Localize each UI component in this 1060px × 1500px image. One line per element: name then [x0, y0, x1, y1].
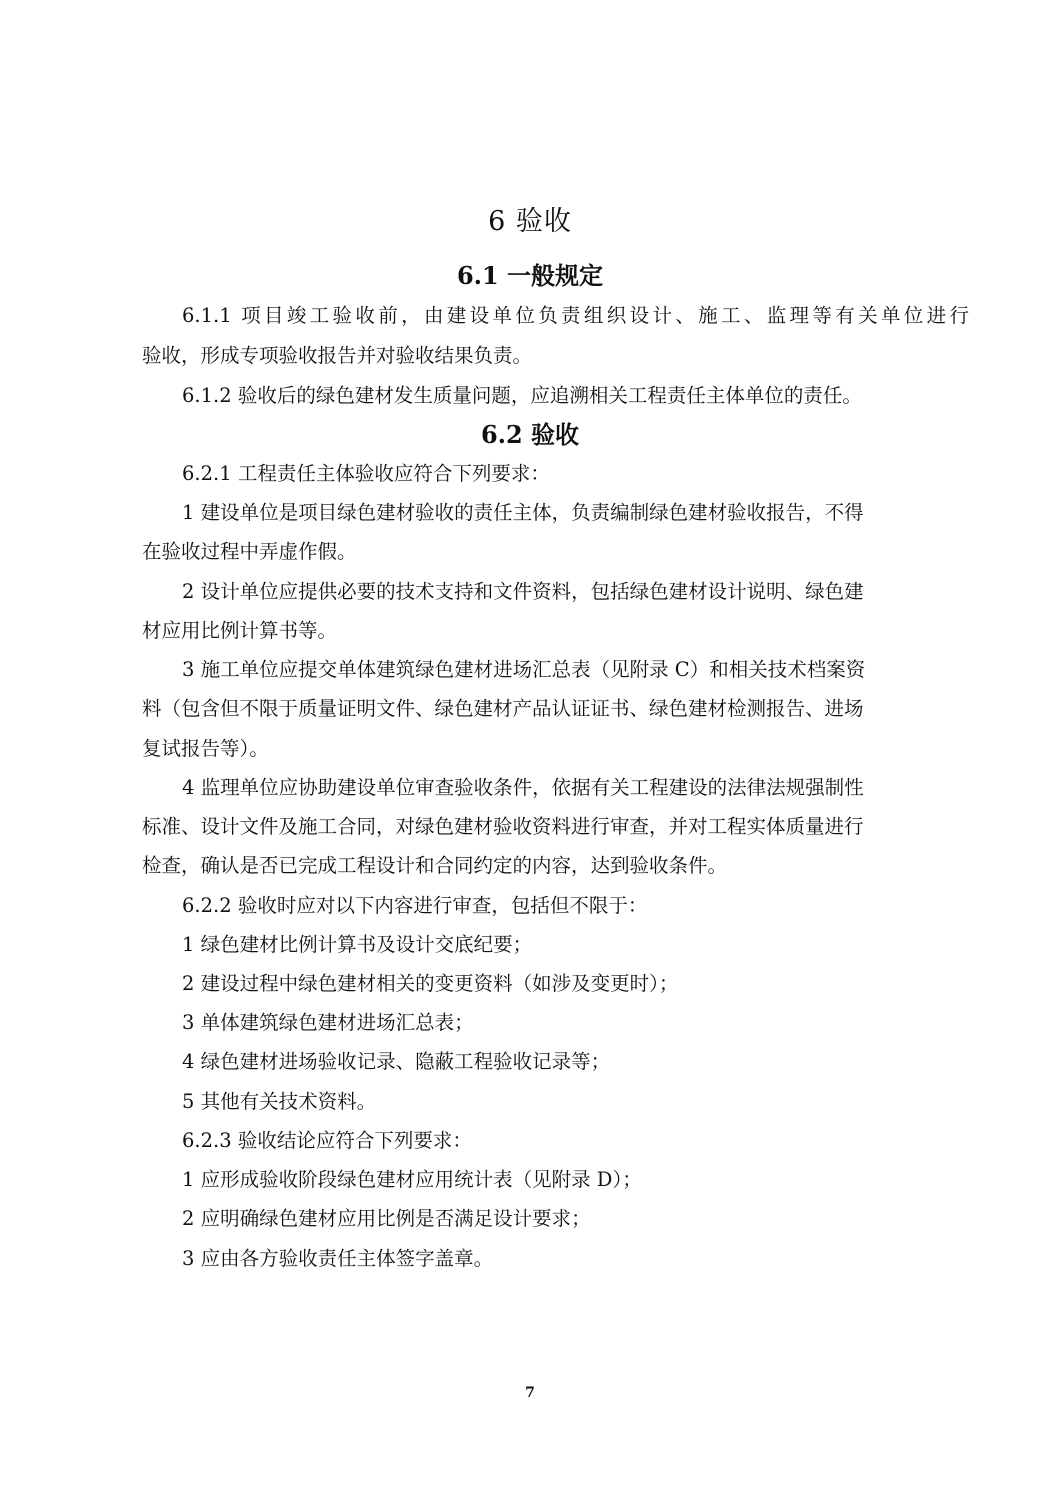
- review-item-4: 4 绿色建材进场验收记录、隐蔽工程验收记录等；: [182, 1047, 610, 1077]
- page-number: 7: [0, 1385, 1060, 1401]
- conclusion-item-3: 3 应由各方验收责任主体签字盖章。: [182, 1244, 493, 1274]
- item-1-line-1: 1 建设单位是项目绿色建材验收的责任主体，负责编制绿色建材验收报告，不得: [182, 498, 864, 528]
- item-2-line-1: 2 设计单位应提供必要的技术支持和文件资料，包括绿色建材设计说明、绿色建: [182, 577, 864, 607]
- document-page: 6 验收 6.1 一般规定 6.1.1 项目竣工验收前，由建设单位负责组织设计、…: [0, 0, 1060, 1500]
- clause-6-2-1: 6.2.1 工程责任主体验收应符合下列要求：: [182, 459, 550, 489]
- clause-6-2-2: 6.2.2 验收时应对以下内容进行审查，包括但不限于：: [182, 891, 647, 921]
- item-4-line-3: 检查，确认是否已完成工程设计和合同约定的内容，达到验收条件。: [142, 851, 727, 881]
- clause-6-2-3: 6.2.3 验收结论应符合下列要求：: [182, 1126, 472, 1156]
- item-3-line-1: 3 施工单位应提交单体建筑绿色建材进场汇总表（见附录 C）和相关技术档案资: [182, 655, 865, 685]
- item-1-line-2: 在验收过程中弄虚作假。: [142, 537, 357, 567]
- item-2-line-2: 材应用比例计算书等。: [142, 616, 337, 646]
- clause-6-1-1-line-2: 验收，形成专项验收报告并对验收结果负责。: [142, 341, 532, 371]
- item-4-line-1: 4 监理单位应协助建设单位审查验收条件，依据有关工程建设的法律法规强制性: [182, 773, 864, 803]
- review-item-2: 2 建设过程中绿色建材相关的变更资料（如涉及变更时）；: [182, 969, 678, 999]
- conclusion-item-1: 1 应形成验收阶段绿色建材应用统计表（见附录 D）；: [182, 1165, 642, 1195]
- review-item-5: 5 其他有关技术资料。: [182, 1087, 376, 1117]
- review-item-3: 3 单体建筑绿色建材进场汇总表；: [182, 1008, 474, 1038]
- conclusion-item-2: 2 应明确绿色建材应用比例是否满足设计要求；: [182, 1204, 591, 1234]
- clause-6-1-1-line-1: 6.1.1 项目竣工验收前，由建设单位负责组织设计、施工、监理等有关单位进行: [182, 301, 969, 331]
- review-item-1: 1 绿色建材比例计算书及设计交底纪要；: [182, 930, 532, 960]
- chapter-title: 6 验收: [0, 202, 1060, 242]
- section-title-6-1: 6.1 一般规定: [0, 258, 1060, 294]
- item-3-line-2: 料（包含但不限于质量证明文件、绿色建材产品认证证书、绿色建材检测报告、进场: [142, 694, 864, 724]
- item-4-line-2: 标准、设计文件及施工合同，对绿色建材验收资料进行审查，并对工程实体质量进行: [142, 812, 864, 842]
- item-3-line-3: 复试报告等）。: [142, 734, 269, 764]
- clause-6-1-2: 6.1.2 验收后的绿色建材发生质量问题，应追溯相关工程责任主体单位的责任。: [182, 381, 862, 411]
- section-title-6-2: 6.2 验收: [0, 417, 1060, 453]
